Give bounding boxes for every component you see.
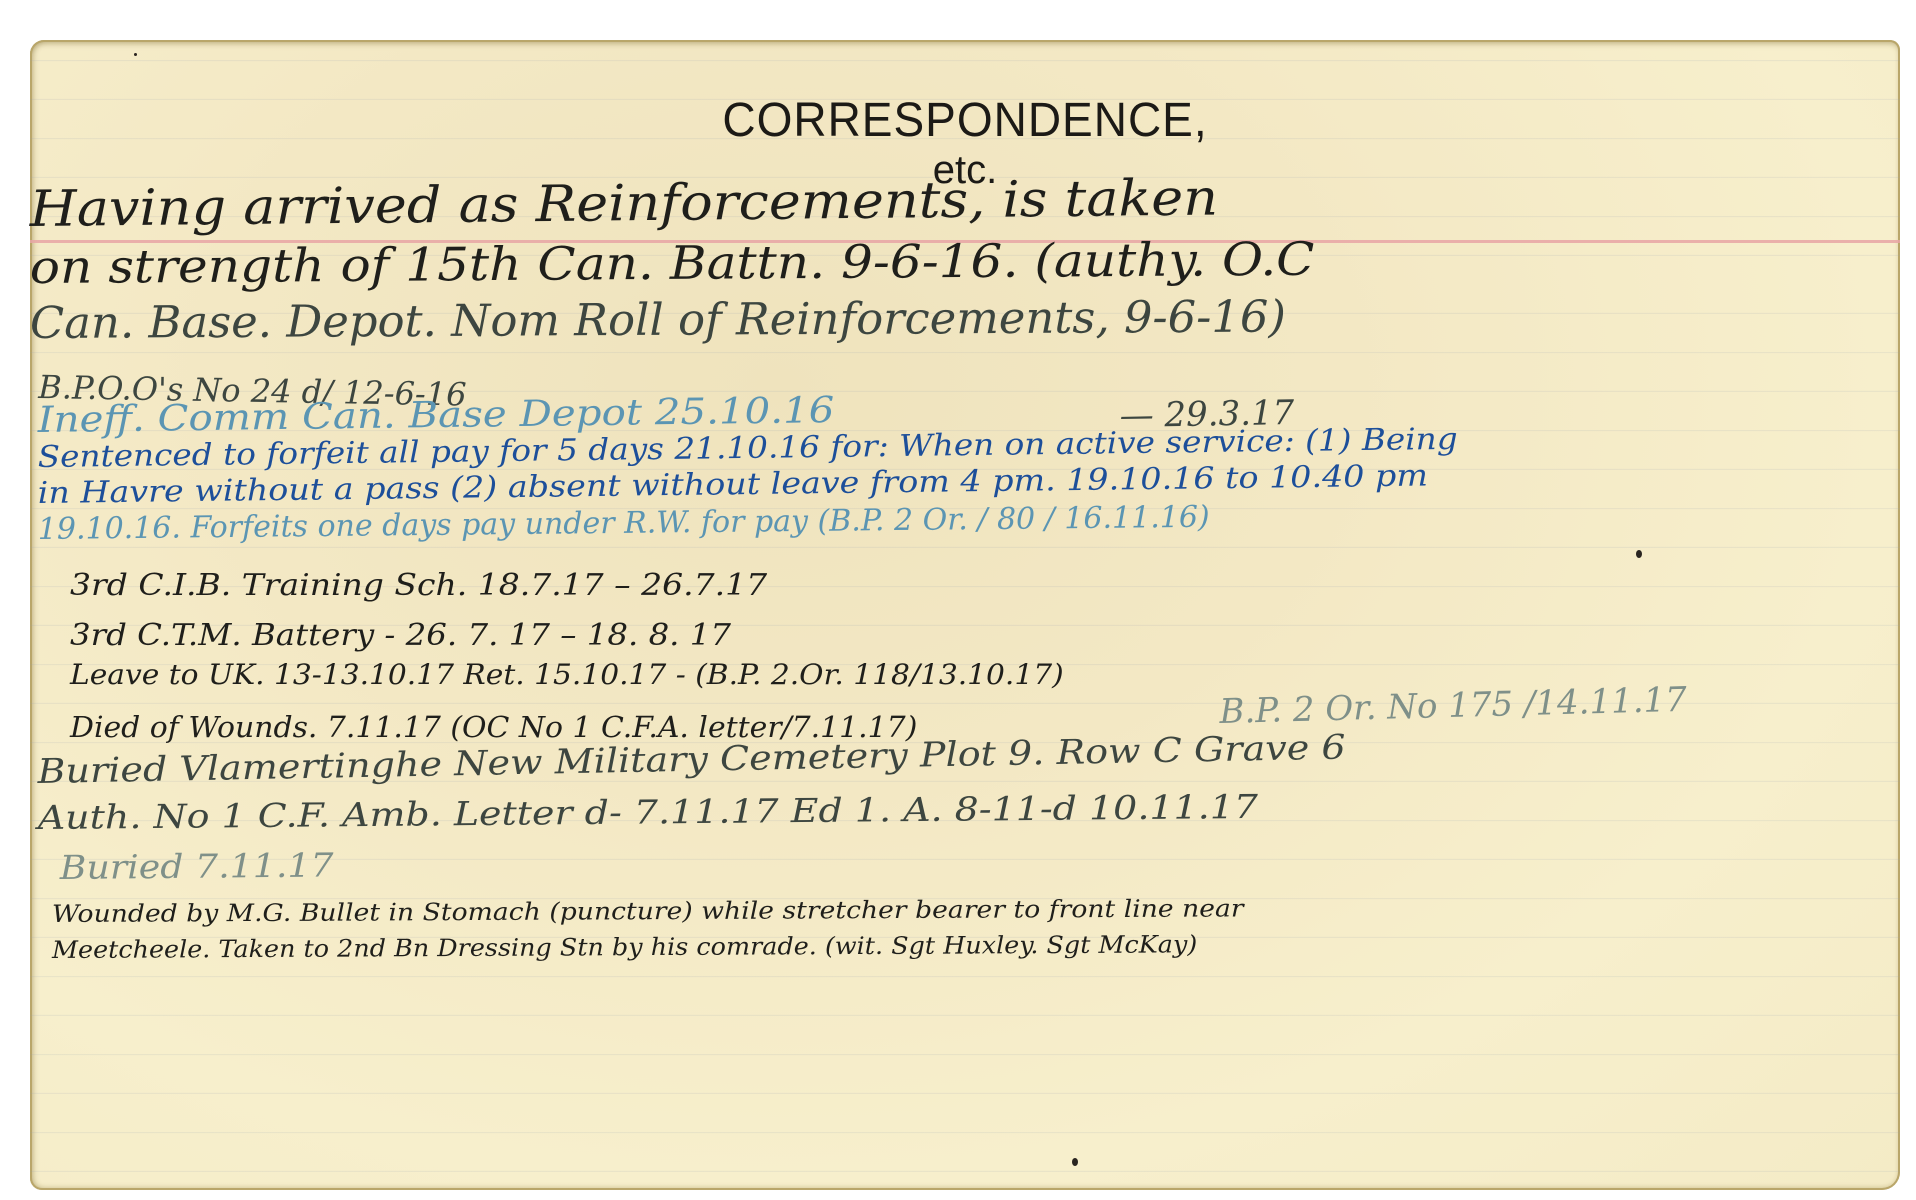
entry-leave-uk: Leave to UK. 13-13.10.17 Ret. 15.10.17 -… xyxy=(70,658,1064,691)
correspondence-record-card: CORRESPONDENCE, etc. Having arrived as R… xyxy=(30,40,1900,1190)
entry-wounded-line-1: Wounded by M.G. Bullet in Stomach (punct… xyxy=(52,894,1244,928)
ink-speck xyxy=(134,53,137,56)
entry-reinforcements-line-3: Can. Base. Depot. Nom Roll of Reinforcem… xyxy=(30,292,1286,349)
entry-wounded-line-2: Meetcheele. Taken to 2nd Bn Dressing Stn… xyxy=(52,930,1197,964)
entry-bpo-reference-2: B.P. 2 Or. No 175 /14.11.17 xyxy=(1219,680,1687,732)
entry-tm-battery: 3rd C.T.M. Battery - 26. 7. 17 – 18. 8. … xyxy=(70,618,731,653)
entry-buried-authority: Auth. No 1 C.F. Amb. Letter d- 7.11.17 E… xyxy=(38,787,1259,837)
entry-buried-date: Buried 7.11.17 xyxy=(60,845,334,887)
entry-reinforcements-line-2: on strength of 15th Can. Battn. 9-6-16. … xyxy=(30,232,1315,294)
entry-training-school: 3rd C.I.B. Training Sch. 18.7.17 – 26.7.… xyxy=(70,568,767,603)
ink-speck xyxy=(1636,550,1642,558)
ink-speck xyxy=(1072,1158,1078,1166)
entry-reinforcements-line-1: Having arrived as Reinforcements, is tak… xyxy=(29,168,1218,238)
card-heading: CORRESPONDENCE, xyxy=(30,91,1900,148)
